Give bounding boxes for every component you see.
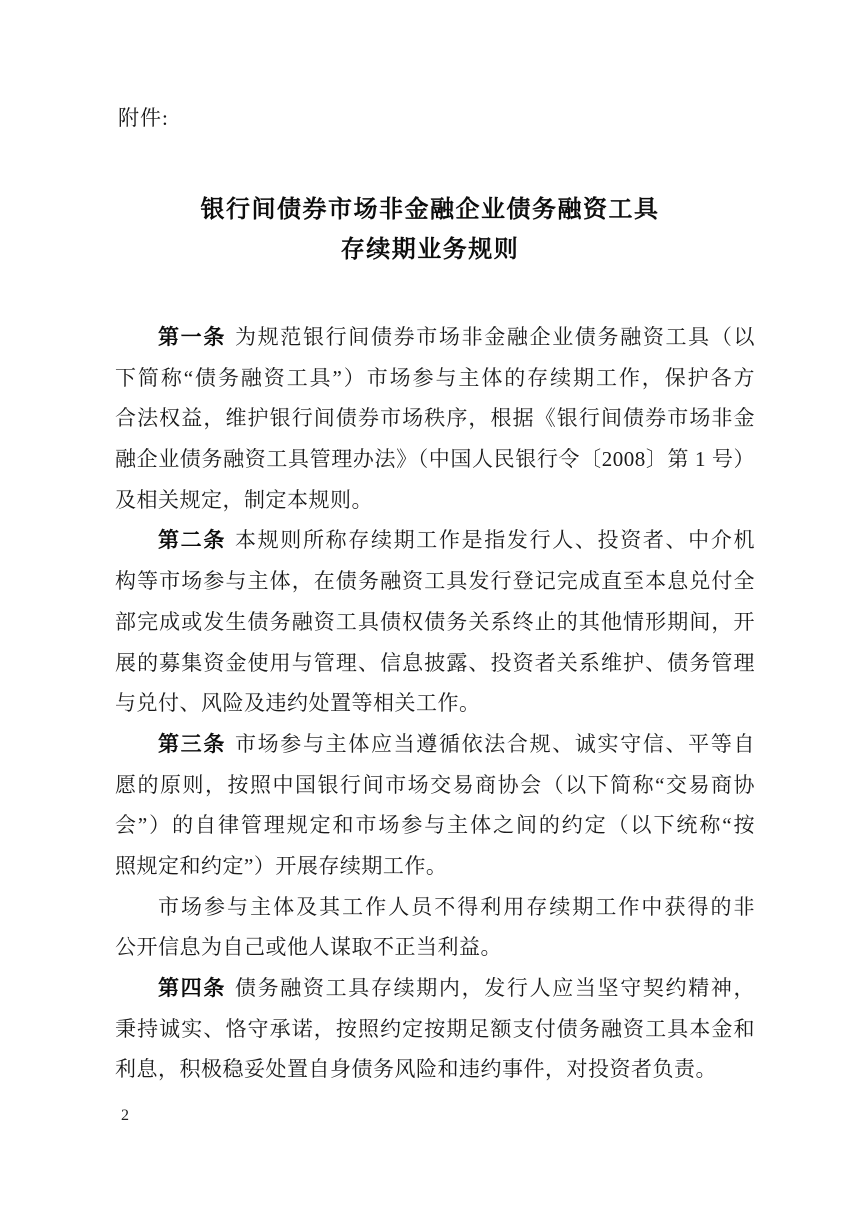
page-number: 2 bbox=[121, 1106, 129, 1126]
document-page: 附件: 银行间债券市场非金融企业债务融资工具 存续期业务规则 第一条为规范银行间… bbox=[0, 0, 860, 1216]
body-line: 合法权益，维护银行间债券市场秩序，根据《银行间债券市场非金 bbox=[115, 398, 755, 439]
article-number: 第二条 bbox=[158, 528, 226, 552]
body-line: 部完成或发生债务融资工具债权债务关系终止的其他情形期间，开 bbox=[115, 602, 755, 643]
body-line: 第四条债务融资工具存续期内，发行人应当坚守契约精神， bbox=[115, 968, 755, 1009]
body-line: 秉持诚实、恪守承诺，按照约定按期足额支付债务融资工具本金和 bbox=[115, 1009, 755, 1050]
body-line: 愿的原则，按照中国银行间市场交易商协会（以下简称“交易商协 bbox=[115, 765, 755, 806]
article-number: 第一条 bbox=[158, 325, 226, 349]
body-line: 与兑付、风险及违约处置等相关工作。 bbox=[115, 683, 755, 724]
document-title-line-1: 银行间债券市场非金融企业债务融资工具 bbox=[110, 190, 750, 230]
body-line: 构等市场参与主体，在债务融资工具发行登记完成直至本息兑付全 bbox=[115, 561, 755, 602]
body-line: 会”）的自律管理规定和市场参与主体之间的约定（以下统称“按 bbox=[115, 805, 755, 846]
body-line: 第二条本规则所称存续期工作是指发行人、投资者、中介机 bbox=[115, 520, 755, 561]
body-line: 及相关规定，制定本规则。 bbox=[115, 480, 755, 521]
article-number: 第四条 bbox=[158, 976, 226, 1000]
body-line: 照规定和约定”）开展存续期工作。 bbox=[115, 846, 755, 887]
attachment-label: 附件: bbox=[118, 103, 169, 133]
body-line: 融企业债务融资工具管理办法》（中国人民银行令〔2008〕第 1 号） bbox=[115, 439, 755, 480]
body-line: 公开信息为自己或他人谋取不正当利益。 bbox=[115, 927, 755, 968]
body-line: 展的募集资金使用与管理、信息披露、投资者关系维护、债务管理 bbox=[115, 643, 755, 684]
body-line: 利息，积极稳妥处置自身债务风险和违约事件，对投资者负责。 bbox=[115, 1049, 755, 1090]
article-number: 第三条 bbox=[158, 732, 226, 756]
body-line: 市场参与主体及其工作人员不得利用存续期工作中获得的非 bbox=[115, 887, 755, 928]
document-title-line-2: 存续期业务规则 bbox=[110, 230, 750, 270]
document-body: 第一条为规范银行间债券市场非金融企业债务融资工具（以下简称“债务融资工具”）市场… bbox=[115, 317, 755, 1090]
document-title: 银行间债券市场非金融企业债务融资工具 存续期业务规则 bbox=[110, 190, 750, 270]
body-line: 第一条为规范银行间债券市场非金融企业债务融资工具（以 bbox=[115, 317, 755, 358]
body-line: 第三条市场参与主体应当遵循依法合规、诚实守信、平等自 bbox=[115, 724, 755, 765]
body-line: 下简称“债务融资工具”）市场参与主体的存续期工作，保护各方 bbox=[115, 358, 755, 399]
